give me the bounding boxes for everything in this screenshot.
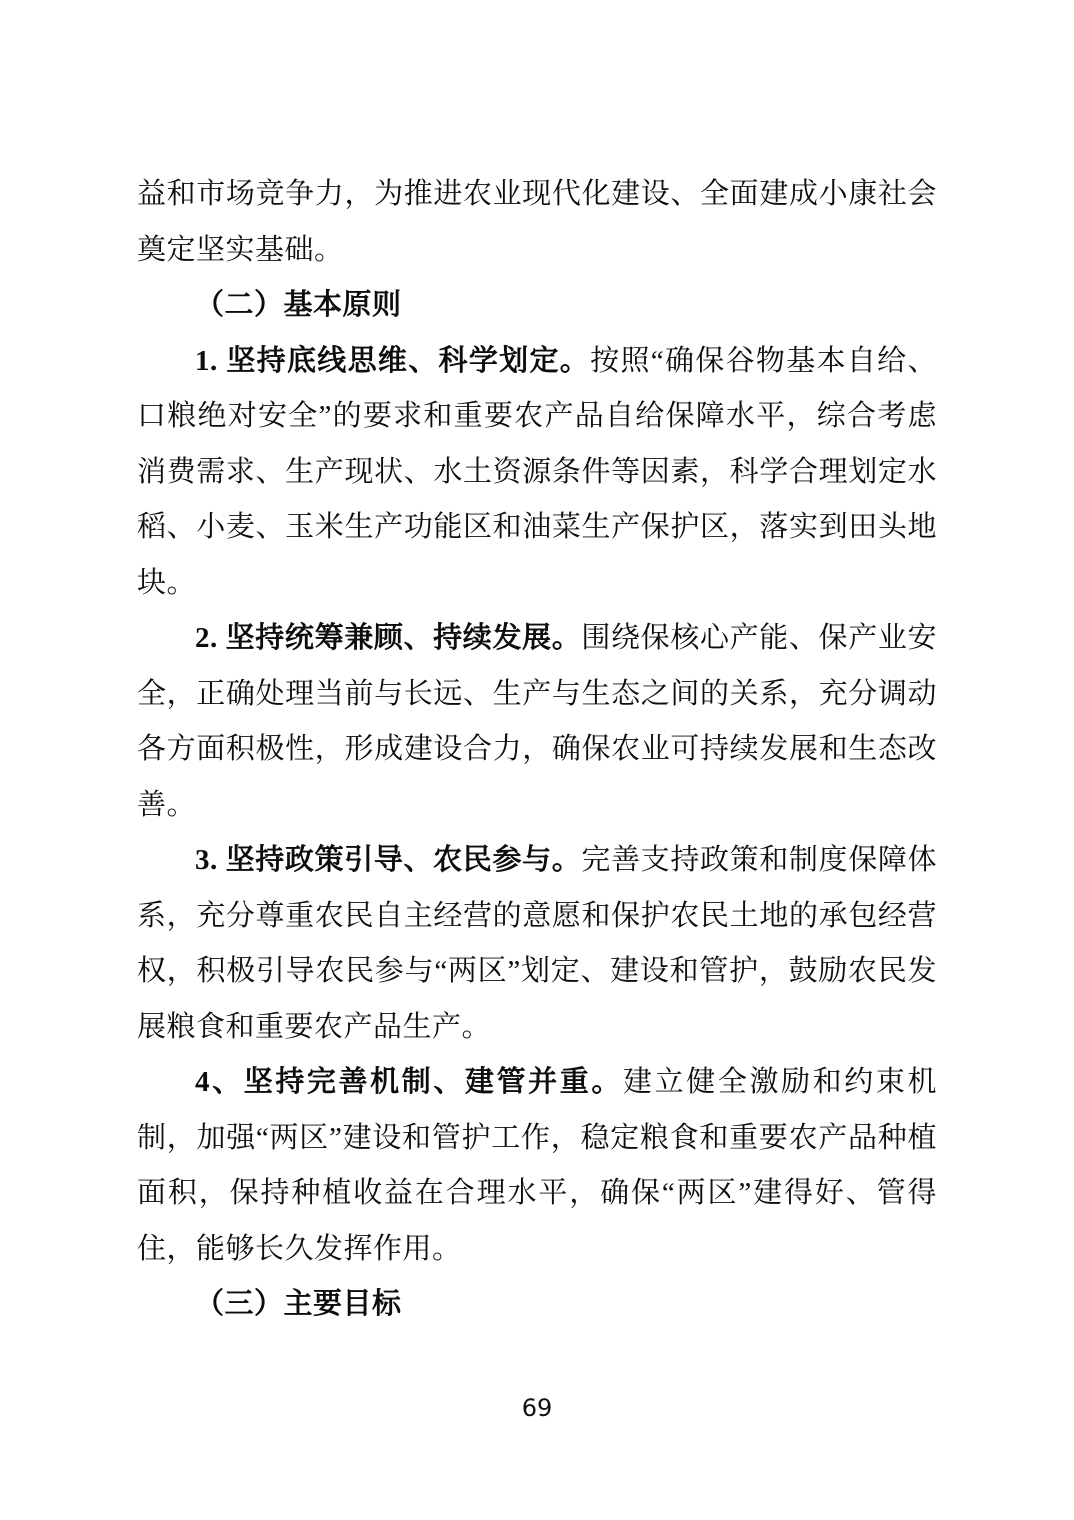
page-number: 69: [0, 1394, 1074, 1422]
principle-item-2-lead: 2. 坚持统筹兼顾、持续发展。: [195, 622, 581, 654]
principle-item-4-lead: 4、坚持完善机制、建管并重。: [195, 1066, 623, 1098]
paragraph-continuation: 益和市场竞争力，为推进农业现代化建设、全面建成小康社会奠定坚实基础。: [137, 167, 937, 278]
section-heading-basic-principles: （二）基本原则: [137, 278, 937, 334]
principle-item-1-lead: 1. 坚持底线思维、科学划定。: [195, 345, 590, 377]
principle-item-1-body: 按照“确保谷物基本自给、口粮绝对安全”的要求和重要农产品自给保障水平，综合考虑消…: [137, 345, 937, 599]
document-page: 益和市场竞争力，为推进农业现代化建设、全面建成小康社会奠定坚实基础。 （二）基本…: [0, 0, 1074, 1520]
principle-item-4: 4、坚持完善机制、建管并重。建立健全激励和约束机制，加强“两区”建设和管护工作，…: [137, 1055, 937, 1277]
principle-item-3-lead: 3. 坚持政策引导、农民参与。: [195, 844, 581, 876]
principle-item-2: 2. 坚持统筹兼顾、持续发展。围绕保核心产能、保产业安全，正确处理当前与长远、生…: [137, 611, 937, 833]
principle-item-1: 1. 坚持底线思维、科学划定。按照“确保谷物基本自给、口粮绝对安全”的要求和重要…: [137, 334, 937, 612]
document-body: 益和市场竞争力，为推进农业现代化建设、全面建成小康社会奠定坚实基础。 （二）基本…: [137, 167, 937, 1333]
principle-item-3: 3. 坚持政策引导、农民参与。完善支持政策和制度保障体系，充分尊重农民自主经营的…: [137, 833, 937, 1055]
section-heading-main-goals: （三）主要目标: [137, 1277, 937, 1333]
